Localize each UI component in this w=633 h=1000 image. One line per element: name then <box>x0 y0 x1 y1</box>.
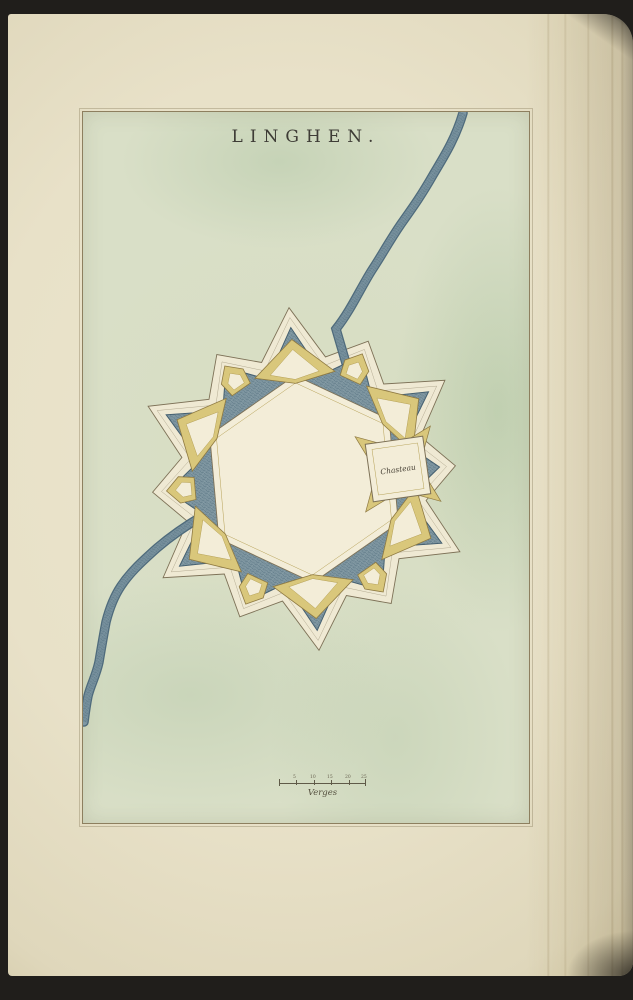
page-corner-curl-bottom <box>538 914 633 976</box>
scale-tick <box>296 780 297 785</box>
scale-bar: 5 10 15 20 25 Verges <box>279 777 366 803</box>
scale-tick <box>365 779 366 786</box>
plate-title: LINGHEN. <box>83 127 529 147</box>
fortification-plan: Chasteau <box>83 112 529 823</box>
scale-tick <box>331 780 332 785</box>
scan-background: { "plate": { "title": "LINGHEN.", "citad… <box>0 0 633 1000</box>
page-corner-curl-top <box>513 14 633 62</box>
scale-line <box>279 783 366 784</box>
book-page: Chasteau LINGHEN. 5 10 15 20 25 Verges <box>8 14 633 976</box>
river-hatching <box>336 113 463 370</box>
scale-tick <box>349 780 350 785</box>
scale-tick <box>279 779 280 786</box>
scale-unit-label: Verges <box>279 788 366 798</box>
map-plate: Chasteau LINGHEN. 5 10 15 20 25 Verges <box>82 111 530 824</box>
scale-tick <box>314 780 315 785</box>
